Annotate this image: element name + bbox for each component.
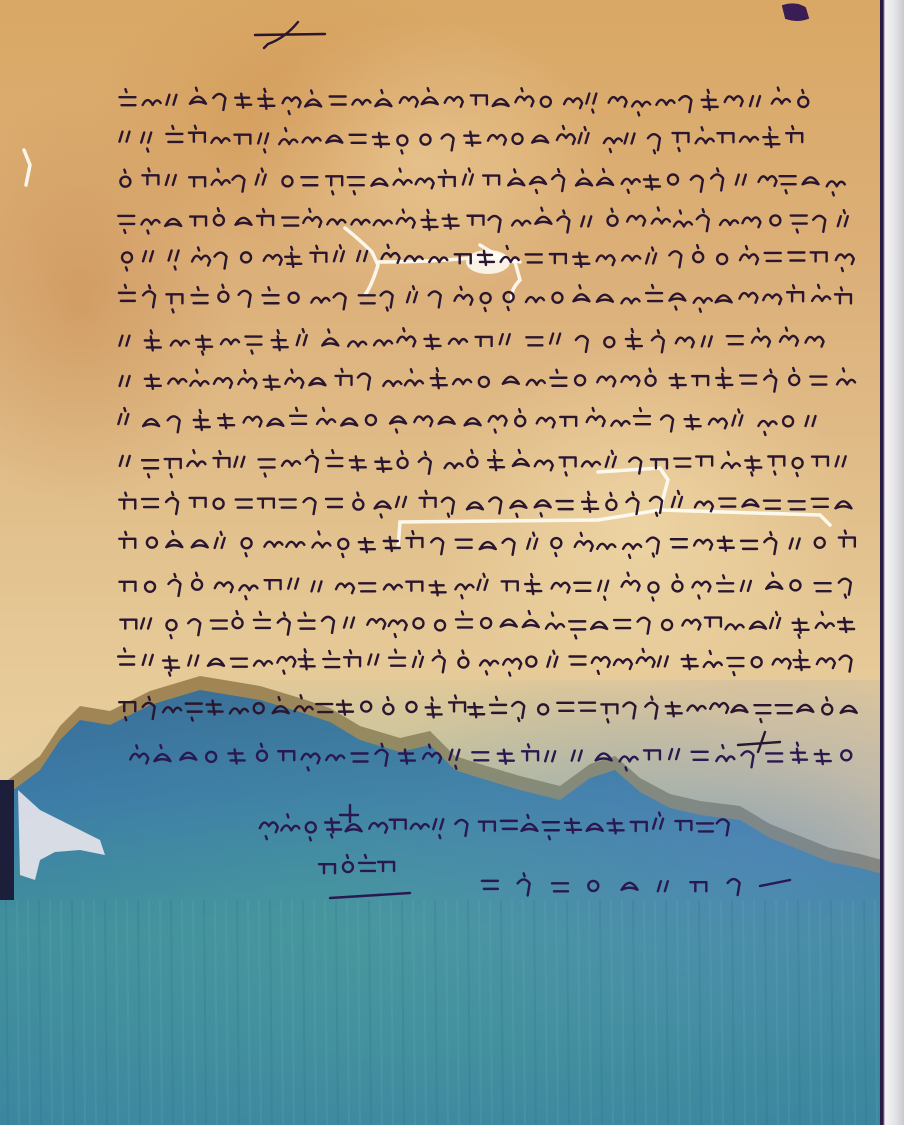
top-marks [255, 4, 808, 822]
cross-mark-icon [340, 805, 358, 822]
script-line [119, 285, 851, 313]
script-line [319, 855, 394, 873]
right-edge-background [880, 0, 904, 1125]
script-line [119, 126, 802, 154]
script-line [119, 531, 855, 558]
left-edge-shadow [0, 780, 14, 900]
script-line [119, 695, 856, 722]
script-line [119, 328, 823, 355]
script-line [120, 168, 844, 195]
script-line [118, 208, 848, 234]
script-line [119, 88, 808, 116]
manuscript-photo: Photograph of a handwritten manuscript p… [0, 0, 904, 1125]
script-line [120, 611, 854, 638]
script-line [119, 491, 851, 518]
script-line [118, 649, 851, 676]
script-line [118, 408, 815, 435]
manuscript-text [0, 0, 904, 1125]
body-text-lines [118, 88, 857, 771]
cross-mark-icon [255, 22, 325, 48]
signature-block [260, 813, 790, 898]
cross-mark-icon [738, 732, 780, 752]
script-line [260, 813, 729, 841]
script-line [120, 450, 846, 477]
script-line [122, 245, 854, 271]
script-line [120, 368, 855, 392]
script-line [482, 873, 740, 895]
script-line [130, 743, 851, 771]
ink-blot-icon [783, 4, 808, 20]
script-line [119, 573, 850, 601]
